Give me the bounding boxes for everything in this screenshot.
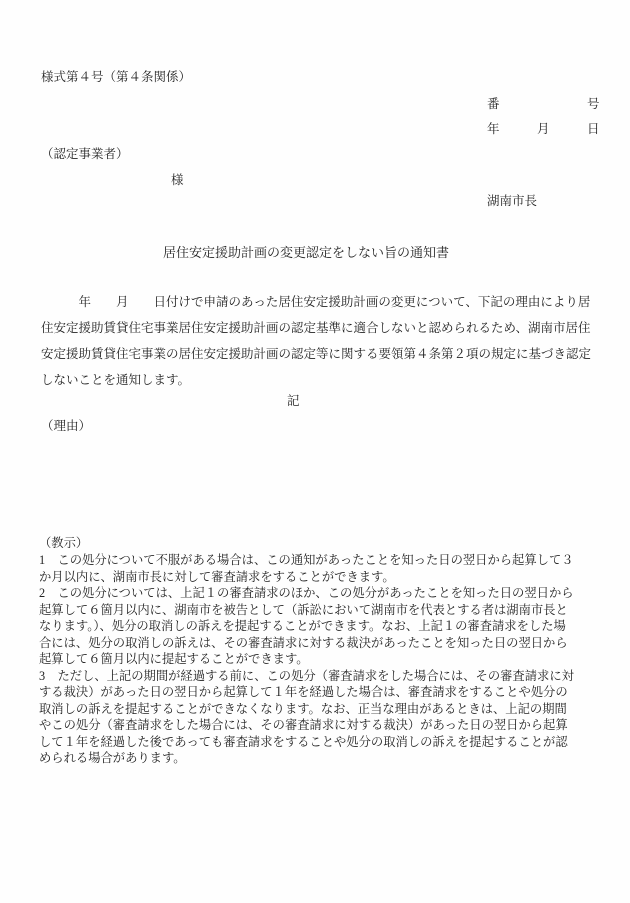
text-line: 取消しの訴えを提起することができなくなります。なお、正当な理由があるときは、上記… (39, 701, 574, 718)
text-line: 起算して６箇月以内に、湖南市を被告として（訴訟において湖南市を代表とする者は湖南… (39, 602, 574, 619)
text-line: 年 月 日付けで申請のあった居住安定援助計画の変更について、下記の理由により居 (41, 289, 591, 315)
text-line: なります。）、処分の取消しの訴えを提起することができます。なお、上記１の審査請求… (39, 618, 574, 635)
text-line: 安定援助賃貸住宅事業の居住安定援助計画の認定等に関する要領第４条第２項の規定に基… (41, 341, 591, 367)
reason-label: （理由） (41, 416, 91, 434)
addressee-label: （認定事業者） (41, 144, 129, 162)
sender-name: 湖南市長 (487, 191, 537, 209)
text-line: して１年を経過した後であっても審査請求をすることや処分の取消しの訴えを提起するこ… (39, 734, 574, 751)
instructions-heading: （教示） (39, 533, 88, 551)
text-line: か月以内に、湖南市長に対して審査請求をすることができます。 (39, 569, 574, 586)
addressee-honorific: 様 (171, 170, 184, 188)
doc-date-line: 年 月 日 (487, 119, 600, 137)
text-line: しないことを通知します。 (41, 367, 591, 393)
text-line: する裁決）があった日の翌日から起算して１年を経過した場合は、審査請求をすることや… (39, 684, 574, 701)
text-line: 合には、処分の取消しの訴えは、その審査請求に対する裁決があったことを知った日の翌… (39, 635, 574, 652)
instructions-text: 1 この処分について不服がある場合は、この通知があったことを知った日の翌日から起… (39, 552, 574, 767)
text-line: められる場合があります。 (39, 750, 574, 767)
doc-number-line: 番 号 (487, 94, 600, 112)
text-line: 起算して６箇月以内に提起することができます。 (39, 651, 574, 668)
text-line: 住安定援助賃貸住宅事業居住安定援助計画の認定基準に適合しないと認められるため、湖… (41, 315, 591, 341)
text-line: やこの処分（審査請求をした場合には、その審査請求に対する裁決）があった日の翌日か… (39, 717, 574, 734)
text-line: 1 この処分について不服がある場合は、この通知があったことを知った日の翌日から起… (39, 552, 574, 569)
body-paragraph: 年 月 日付けで申請のあった居住安定援助計画の変更について、下記の理由により居住… (41, 289, 591, 393)
text-line: 3 ただし、上記の期間が経過する前に、この処分（審査請求をした場合には、その審査… (39, 668, 574, 685)
form-number-label: 様式第４号（第４条関係） (41, 67, 191, 85)
text-line: 2 この処分については、上記１の審査請求のほか、この処分があったことを知った日の… (39, 585, 574, 602)
document-title: 居住安定援助計画の変更認定をしない旨の通知書 (163, 242, 449, 261)
document-page: 様式第４号（第４条関係） 番 号 年 月 日 （認定事業者） 様 湖南市長 居住… (0, 0, 630, 903)
ki-separator-label: 記 (287, 391, 300, 409)
